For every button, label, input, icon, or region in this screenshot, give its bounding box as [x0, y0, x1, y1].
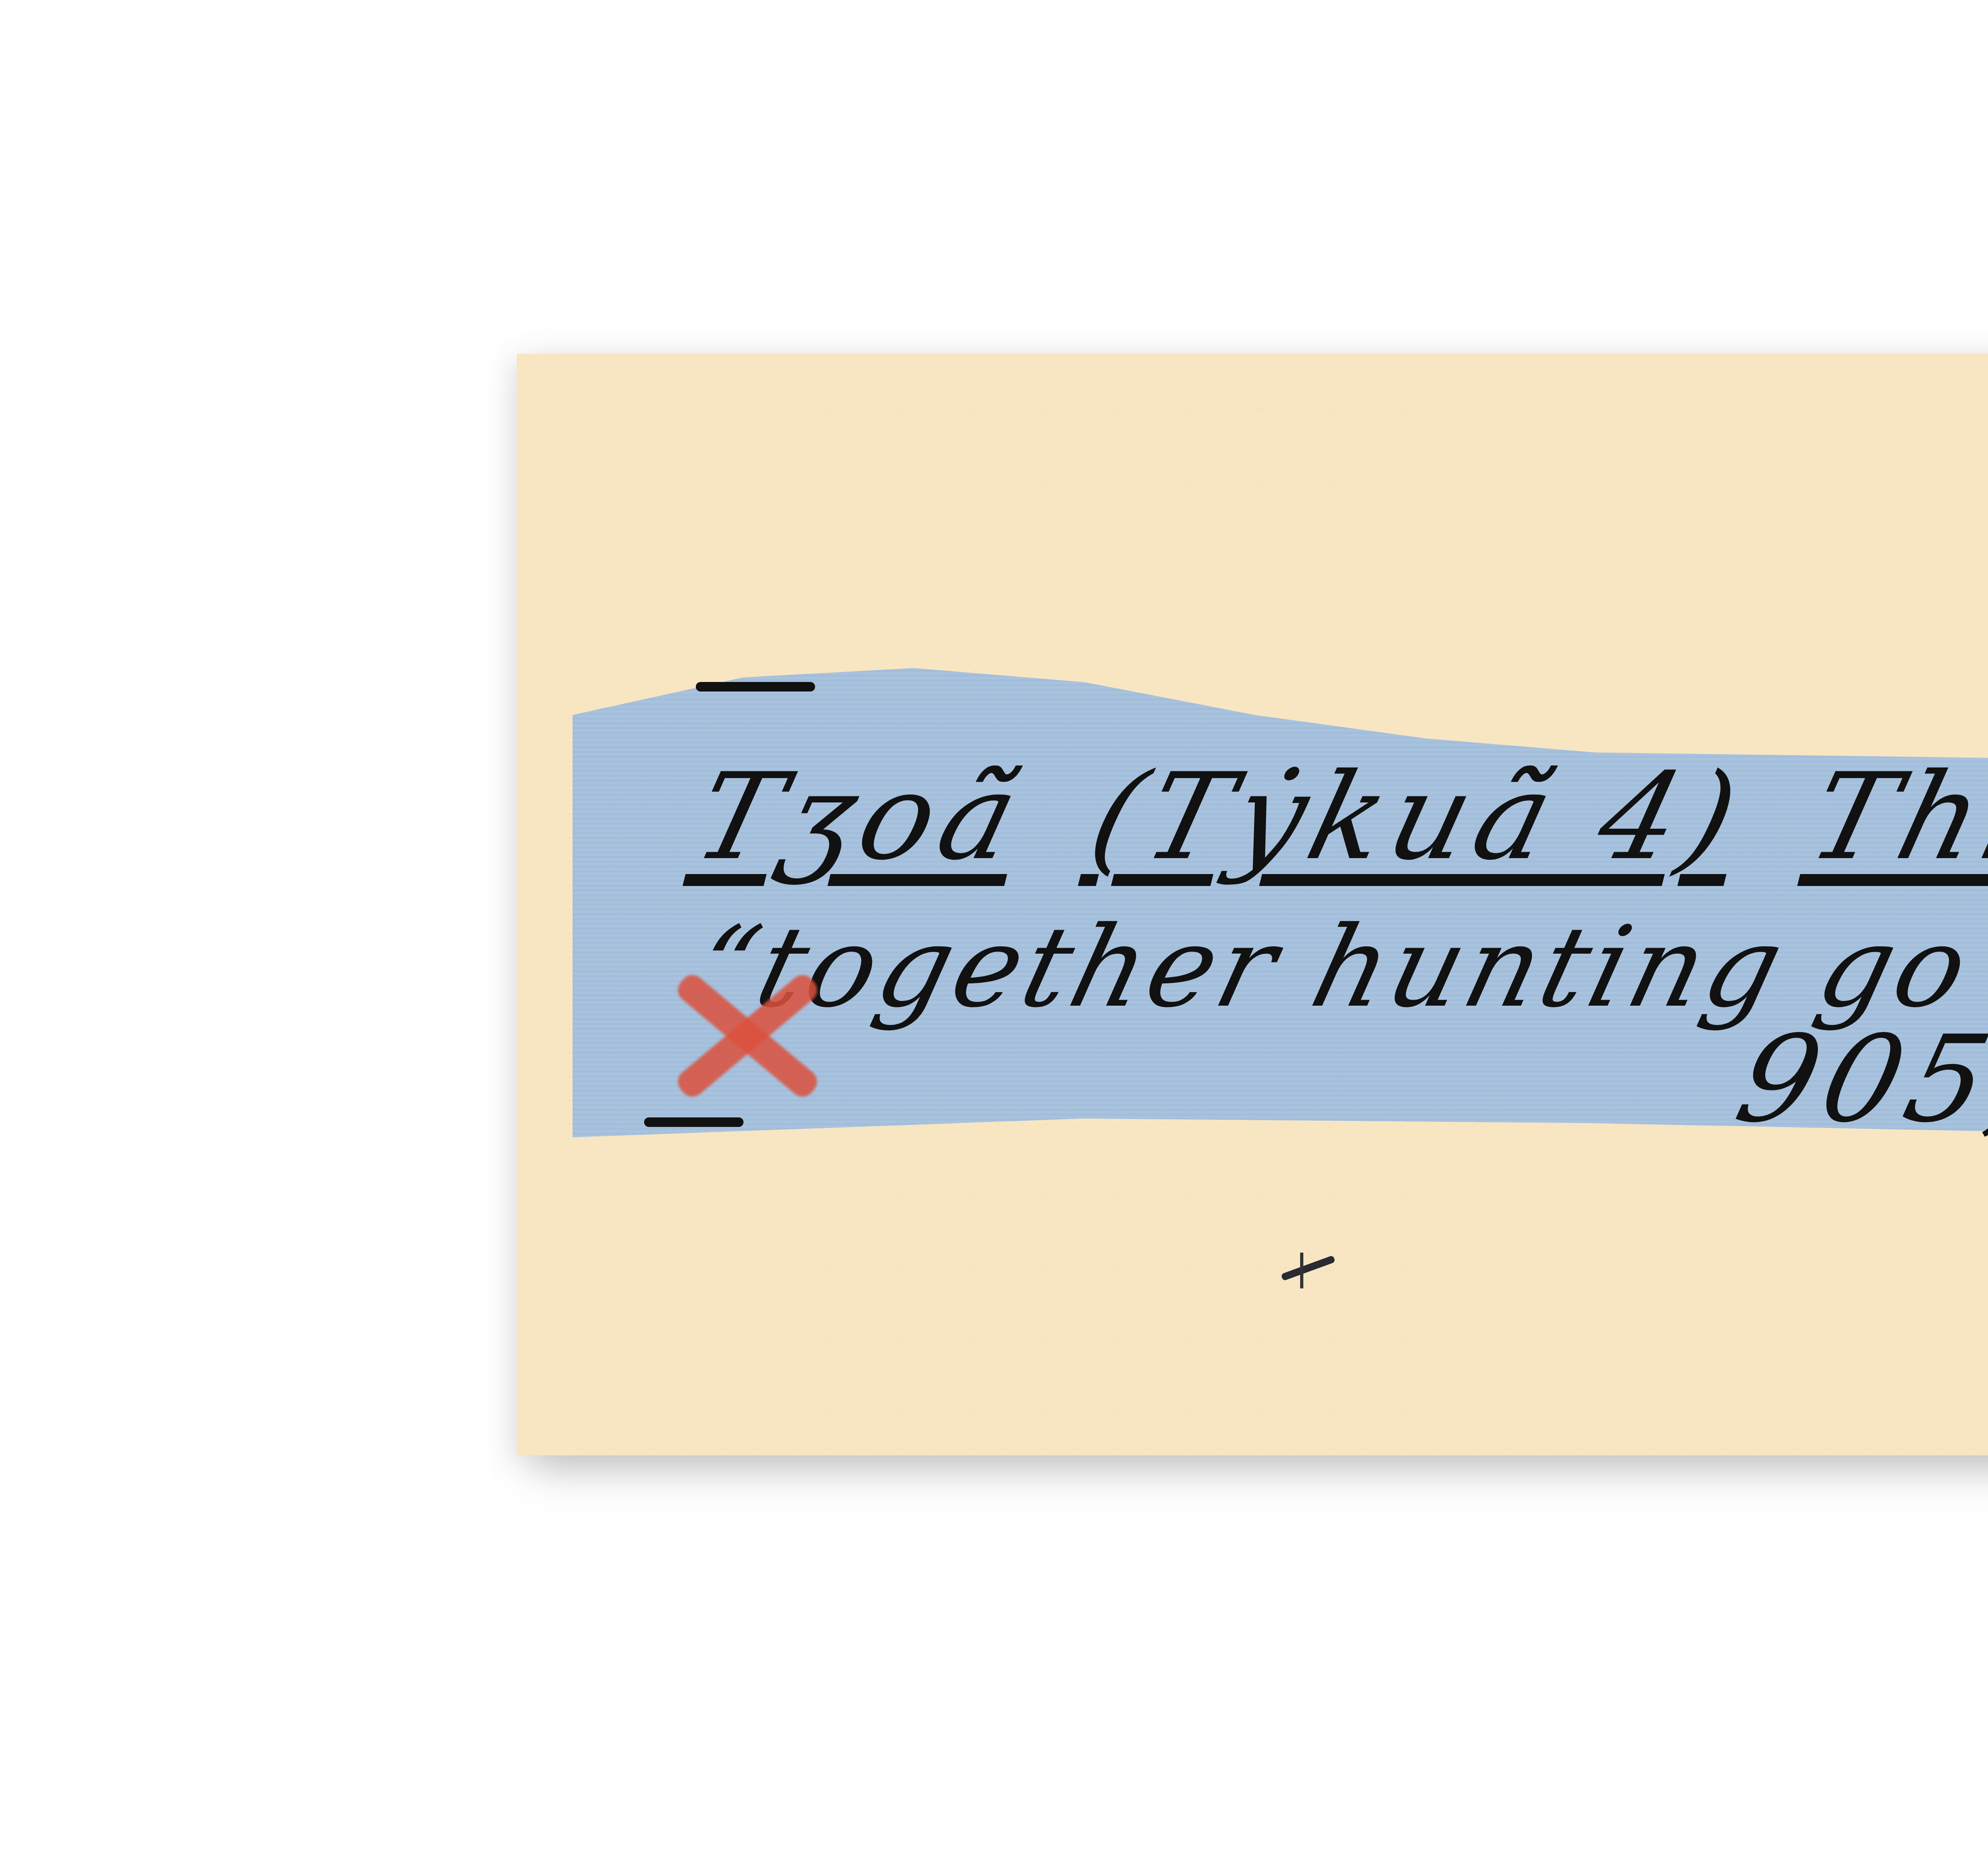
headword-form-1: Tʒoã̃ — [682, 748, 1039, 886]
headword-line: Tʒoã̃ (Tẏkuã̃ 4) Thli'llã — [682, 748, 1988, 886]
ink-tick-bottom — [644, 1117, 744, 1127]
reference-number: 905,21, — [1724, 1010, 1988, 1149]
headword-form-3: Thli'llã — [1797, 748, 1988, 886]
red-x-mark-icon — [672, 970, 823, 1101]
ink-tick-top — [696, 682, 815, 692]
ink-mark-icon — [1280, 1249, 1336, 1288]
headword-form-2: (Tẏkuã̃ 4) — [1078, 748, 1758, 886]
